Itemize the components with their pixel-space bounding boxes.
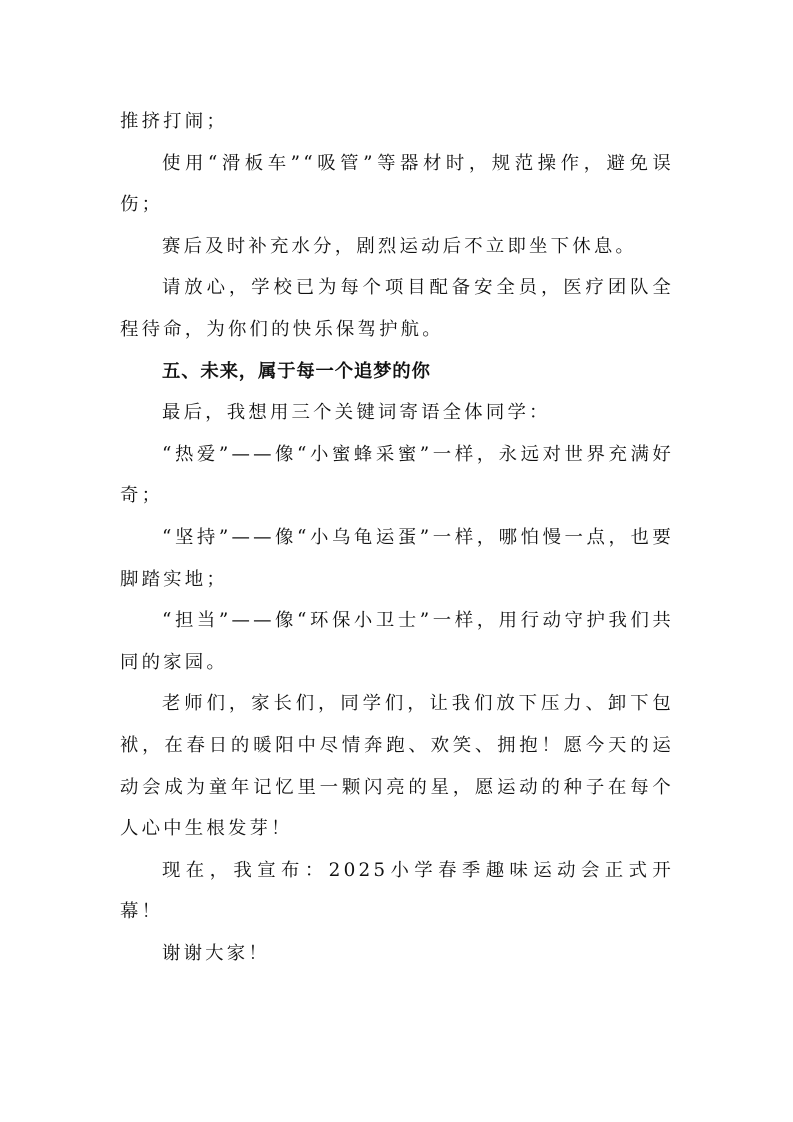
paragraph-keyword-responsibility: “担当”——像“环保小卫士”一样，用行动守护我们共同的家园。 <box>120 600 674 683</box>
paragraph-keyword-persistence: “坚持”——像“小乌龟运蛋”一样，哪怕慢一点，也要脚踏实地； <box>120 517 674 600</box>
paragraph-safety-hydration: 赛后及时补充水分，剧烈运动后不立即坐下休息。 <box>120 226 674 268</box>
paragraph-safety-assurance: 请放心，学校已为每个项目配备安全员，医疗团队全程待命，为你们的快乐保驾护航。 <box>120 267 674 350</box>
paragraph-opening-declaration: 现在，我宣布：2025小学春季趣味运动会正式开幕！ <box>120 850 674 933</box>
document-page: 推挤打闹； 使用“滑板车”“吸管”等器材时，规范操作，避免误伤； 赛后及时补充水… <box>120 101 674 974</box>
paragraph-keywords-intro: 最后，我想用三个关键词寄语全体同学： <box>120 392 674 434</box>
paragraph-thanks: 谢谢大家！ <box>120 933 674 975</box>
section-heading-future: 五、未来，属于每一个追梦的你 <box>120 351 674 393</box>
paragraph-safety-equipment: 使用“滑板车”“吸管”等器材时，规范操作，避免误伤； <box>120 143 674 226</box>
paragraph-safety-no-pushing: 推挤打闹； <box>120 101 674 143</box>
paragraph-keyword-passion: “热爱”——像“小蜜蜂采蜜”一样，永远对世界充满好奇； <box>120 434 674 517</box>
paragraph-closing-wishes: 老师们，家长们，同学们，让我们放下压力、卸下包袱，在春日的暖阳中尽情奔跑、欢笑、… <box>120 683 674 849</box>
